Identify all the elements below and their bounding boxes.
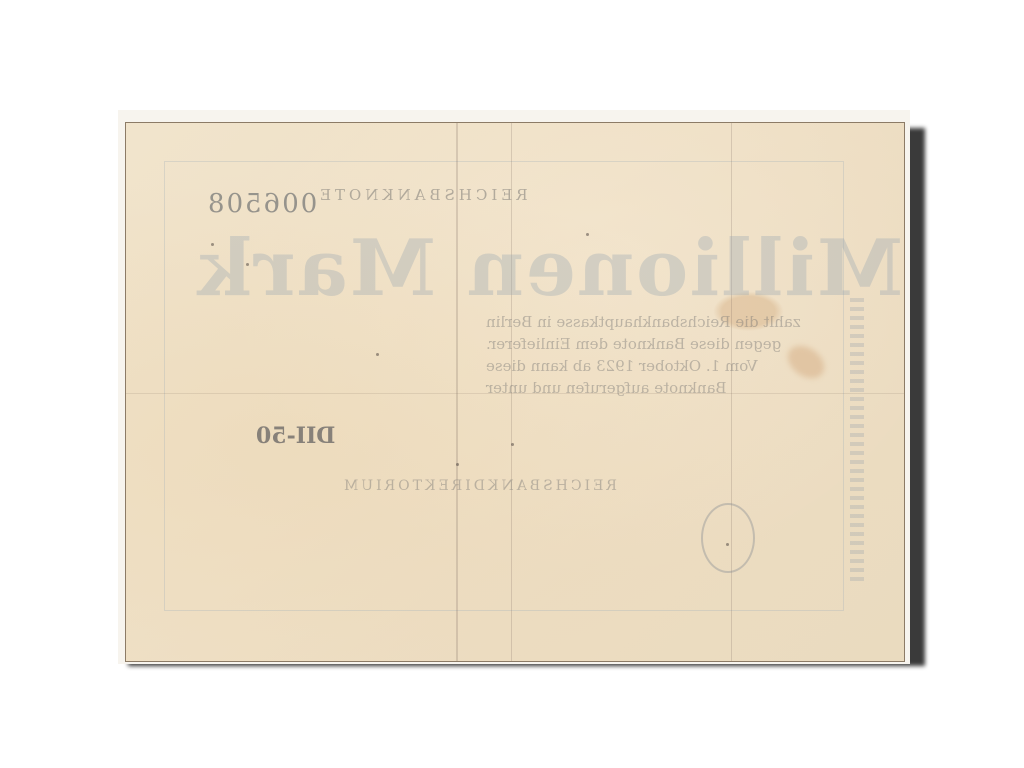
denomination-text: Fünfzig Millionen Mark [196, 223, 905, 314]
banknote: 006508 REICHSBANKNOTE Fünfzig Millionen … [125, 122, 905, 662]
issuer-text: REICHSBANKDIREKTORIUM [341, 478, 617, 494]
speck [376, 353, 379, 356]
speck [456, 463, 459, 466]
serial-number: 006508 [206, 189, 317, 219]
seal-icon [701, 503, 755, 573]
note-text-line: gegen diese Banknote dem Einlieferer. [486, 335, 781, 353]
speck [211, 243, 214, 246]
speck [246, 263, 249, 266]
note-text-line: Vom 1. Oktober 1923 ab kann diese [486, 357, 758, 375]
note-heading: REICHSBANKNOTE [316, 186, 528, 204]
series-code: DII-50 [256, 423, 335, 449]
fold-line [731, 123, 732, 661]
note-text-line: zahlt die Reichsbankhauptkasse in Berlin [486, 313, 801, 331]
speck [726, 543, 729, 546]
speck [586, 233, 589, 236]
speck [511, 443, 514, 446]
border-ornament [850, 293, 864, 581]
note-text-line: Banknote aufgerufen und unter [486, 379, 727, 397]
